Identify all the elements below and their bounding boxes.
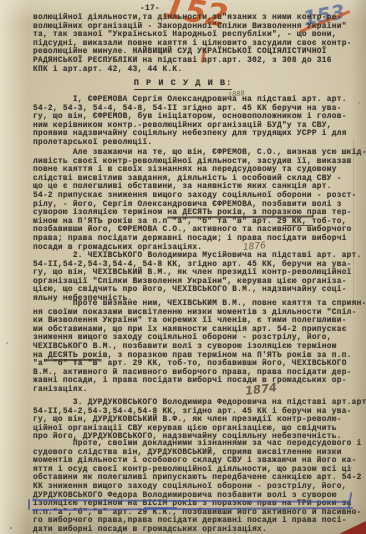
blue-margin-stroke-left: [28, 499, 30, 510]
verdict-heading: П Р И С У Д И В:: [33, 79, 333, 88]
typed-line: повне каяття і в своїх зізнаннях на пере…: [33, 166, 366, 175]
typed-line: І, ЄФРЕМОВА Сергія Олександровича на під…: [33, 96, 347, 105]
typed-line: що це є полегшливі обставини, за наявніс…: [33, 183, 366, 192]
pencil-note-durdukovsky: 1874: [244, 380, 277, 398]
typed-line: пролетарської революції.: [33, 139, 347, 148]
red-corner-mark: [339, 521, 366, 534]
paper-specks: [10, 527, 12, 529]
typed-line: РАДЯНСЬКОЇ РЕСПУБЛІКИ на підставі арт.ар…: [33, 57, 352, 66]
typed-line: права; права посідати державні посади; і…: [33, 235, 366, 244]
typed-line: 54-II,54-2,54-3,54-4, 54-8 КК, згідно ар…: [33, 261, 362, 270]
typed-line: Проте, своїми докладними зізнаннями за ч…: [33, 440, 362, 449]
typed-line: 54-2, 54-3, 54-4, 54-8, 54-II згідно арт…: [33, 105, 347, 114]
paragraph-durdukovsky-sentence: Проте, своїми докладними зізнаннями за ч…: [33, 440, 362, 534]
typed-line: зниження вищого заходу соціяльної оборон…: [33, 334, 366, 343]
typed-line: КК зниження вищого заходу соціяльної обо…: [33, 483, 362, 492]
paragraph-chekhivsky-sentence: Проте визнане ним, ЧЕХІВСЬКИМ В.М., повн…: [33, 300, 366, 395]
pen-underline-ten-years: [167, 215, 314, 218]
typed-line: гу, що він, ЧЕХІВСЬКИЙ В.М., як член пре…: [33, 269, 362, 278]
typed-line: "а" "б" та "в" арт. 29 КК, тоб-то, позба…: [33, 360, 366, 369]
typed-line: ЧЕХІВСЬКОГО В.М., позбавити волі з сувор…: [33, 343, 366, 352]
typed-line: 2. ЧЕХІВСЬКОГО Володимира Мусійовича на …: [33, 252, 362, 261]
typed-line: КПК і арт.арт. 42, 43, 44 К.К.: [33, 66, 352, 75]
verdict-heading-text: П Р И С У Д И В:: [134, 78, 233, 90]
paragraph-efremov-charges: І, ЄФРЕМОВА Сергія Олександровича на під…: [33, 96, 347, 148]
pen-underline-art-29: [283, 225, 313, 226]
pencil-note-efremov: 1888: [228, 89, 245, 99]
typed-line: Проте визнане ним, ЧЕХІВСЬКИМ В.М., повн…: [33, 300, 366, 309]
typed-line: 3. ДУРДУКОВСЬКОГО Володимира Федоровича …: [33, 399, 366, 408]
scanned-document-page: -17- 152 153 волюційної діяльности,та ді…: [0, 0, 366, 534]
typed-line: 54-2 припускає зниження вищого заходу со…: [33, 192, 366, 201]
intro-paragraph: волюційної діяльности,та діяльности,зв"я…: [33, 14, 352, 74]
typed-line: Але зважаючи на те, що він, ЄФРЕМОВ, С.О…: [33, 149, 366, 158]
typed-line: позбавивши його, ЄФРЕМОВА С.О., активног…: [33, 226, 366, 235]
typed-line: цією, що свідчить про його, ЧЕХІВСЬКОГО …: [33, 286, 362, 295]
paragraph-chekhivsky-charges: 2. ЧЕХІВСЬКОГО Володимира Мусійовича на …: [33, 252, 362, 304]
typed-line: моментів діяльности і особового складу С…: [33, 457, 362, 466]
typed-page-number: -17-: [140, 5, 160, 14]
typed-line: волюційних організацій - Закордонної"Спі…: [33, 23, 352, 32]
paper-crease: [353, 138, 354, 303]
paragraph-efremov-sentence: Але зважаючи на те, що він, ЄФРЕМОВ, С.О…: [33, 149, 366, 252]
typed-line: революційне минуле. НАЙВИЩИЙ СУД УКРАЇНС…: [33, 48, 352, 57]
pen-underline-ten-years-2: [44, 358, 99, 360]
typed-line: ки Визволення України" та окремих її чле…: [33, 317, 366, 326]
typed-line: проявив надзвичайну соціяльну небезпеку …: [33, 130, 347, 139]
typed-line: дати виборні посади в громадських органі…: [33, 526, 362, 534]
paragraph-durdukovsky-charges: 3. ДУРДУКОВСЬКОГО Володимира Федоровича …: [33, 399, 366, 442]
typed-line: гу, що він, ДУРДУКОВСЬКИЙ В.Ф., як член …: [33, 416, 366, 425]
typed-line: ганізаціях.: [33, 386, 366, 395]
typed-line: волюційної діяльности,та діяльности,зв"я…: [33, 14, 352, 23]
typed-line: жавні посади, і права посідати виборчі п…: [33, 377, 366, 386]
pencil-note-chekhivsky: 1876: [243, 241, 267, 253]
typed-line: ня своїми показами висвітленню низки мом…: [33, 309, 366, 318]
typed-line: 54-II,54-2,54-3,54-4,54-8 КК, згідно арт…: [33, 408, 366, 417]
typed-line: гу, що він, ЄФРЕМОВ, був ініціатором, ос…: [33, 113, 347, 122]
typed-line: судового слідства він, ДУРДУКОВСЬКИЙ, сп…: [33, 449, 362, 458]
typed-line: та, так званої "Української Народньої ре…: [33, 31, 352, 40]
typed-line: обставини як полегшливі припускають пере…: [33, 474, 362, 483]
typed-line: рілу, - його, Сергія Олександровича ЄФРЕ…: [33, 201, 366, 210]
typed-line: ливість своєї контр-революційної діяльно…: [33, 158, 366, 167]
typed-line: го виборчого права,права посідати держав…: [33, 517, 362, 526]
typed-line: посади в громадських організаціях.: [33, 244, 366, 253]
blue-underline-eight-years: [144, 507, 177, 509]
